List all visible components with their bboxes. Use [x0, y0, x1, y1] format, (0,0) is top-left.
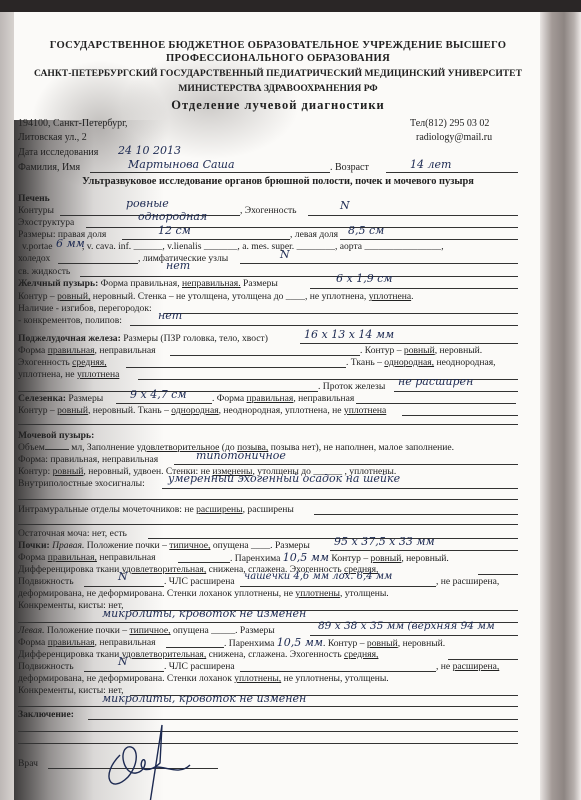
- kidney-left-size-value: 89 x 38 x 35 мм (верхняя 94 мм: [318, 620, 495, 632]
- text: , неправильная: [293, 393, 354, 404]
- kidney-left-mobility-label: Подвижность: [18, 661, 74, 672]
- text: , утолщены.: [340, 588, 389, 599]
- field-line: [240, 671, 436, 672]
- field-line: [170, 355, 360, 356]
- gallbladder-size-value: 6 x 1,9 см: [336, 272, 392, 285]
- text: , неровный.: [401, 553, 448, 564]
- kidney-right-mobility-value: N: [118, 570, 128, 583]
- kidney-right-pcs-tail: , не расширена,: [436, 576, 499, 587]
- field-line: [130, 325, 518, 326]
- field-line: [148, 538, 518, 539]
- kidney-right-parenchyma-row: . Паренхима 10,5 мм Контур – ровный, нер…: [230, 552, 449, 564]
- address-line-2: Литовская ул., 2: [18, 132, 87, 143]
- ministry-name: МИНИСТЕРСТВА ЗДРАВООХРАНЕНИЯ РФ: [18, 83, 538, 94]
- text: , неправильная: [95, 345, 156, 356]
- text: уплотнена, не: [18, 369, 77, 380]
- text: Контур –: [18, 405, 57, 416]
- spleen-heading-row: Селезенка: Размеры: [18, 393, 103, 404]
- text: Интрамуральные отделы мочеточников: не: [18, 504, 196, 515]
- liver-vessels-label: v.portae: [22, 241, 53, 252]
- name-label: Фамилия, Имя: [18, 162, 80, 173]
- text: деформирована, не деформирована. Стенки …: [18, 673, 234, 684]
- selected-option: уплотнены: [295, 588, 340, 599]
- text: .: [411, 291, 413, 302]
- liver-left-lobe-label: , левая доля: [290, 229, 338, 240]
- text: Эхогенность: [18, 357, 72, 368]
- text: Дифференцировка ткани: [18, 564, 122, 575]
- text: Положение почки –: [45, 625, 130, 636]
- selected-option: однородная,: [384, 357, 434, 368]
- liver-echo-value: N: [340, 199, 350, 212]
- text: , неоднородная, уплотнена, не: [219, 405, 344, 416]
- pancreas-size-row: Поджелудочная железа: Размеры (ПЗР голов…: [18, 333, 268, 344]
- field-line: [84, 586, 164, 587]
- field-line: [164, 313, 518, 314]
- selected-option: удовлетворительная,: [122, 649, 207, 660]
- pancreas-compact-row: уплотнена, не уплотнена: [18, 369, 119, 380]
- kidney-left-pcs-tail: , не расширена,: [436, 661, 499, 672]
- selected-option: ровный: [57, 405, 88, 416]
- field-line: [18, 706, 518, 707]
- scan-right-shadow: [540, 12, 581, 800]
- gallbladder-contour-row: Контур – ровный, неровный. Стенка – не у…: [18, 291, 414, 302]
- selected-option: уплотнена: [369, 291, 411, 302]
- kidney-left-deform-row: деформирована, не деформирована. Стенки …: [18, 673, 389, 684]
- selected-option: расширены: [196, 504, 242, 515]
- field-line: [240, 586, 436, 587]
- kidney-right-pcs-label: . ЧЛС расширена: [164, 576, 235, 587]
- text: Положение почки –: [84, 540, 169, 551]
- field-line: [240, 263, 518, 264]
- kidney-left-side: Левая.: [18, 625, 45, 636]
- field-line: [126, 367, 346, 368]
- age-line: [386, 172, 518, 173]
- field-line: [300, 343, 518, 344]
- field-line: [178, 562, 230, 563]
- gallbladder-bends-label: Наличие - изгибов, перегородок:: [18, 303, 152, 314]
- liver-echostructure-value: однородная: [138, 210, 207, 223]
- selected-option: расширена,: [453, 661, 500, 672]
- doctor-signature: [90, 715, 220, 800]
- email: radiology@mail.ru: [416, 132, 492, 143]
- selected-option: однородная: [171, 405, 218, 416]
- kidney-left-pcs-label: . ЧЛС расширена: [164, 661, 235, 672]
- liver-echostructure-label: Эхоструктура: [18, 217, 74, 228]
- field-line: [478, 574, 518, 575]
- kidney-right-position-row: Почки: Правая. Положение почки – типично…: [18, 540, 310, 551]
- kidney-left-diff-row: Дифференцировка ткани удовлетворительная…: [18, 649, 378, 660]
- selected-option: уплотнены,: [234, 673, 281, 684]
- text: не уплотнены, утолщены.: [281, 673, 389, 684]
- text: . Контур –: [360, 345, 404, 356]
- spleen-size-value: 9 x 4,7 см: [130, 388, 186, 401]
- scan-left-edge: [0, 12, 14, 800]
- field-line: [394, 391, 518, 392]
- gallbladder-size-label: Размеры: [241, 278, 278, 289]
- text: Контур –: [18, 291, 57, 302]
- name-value: Мартынова Саша: [128, 158, 235, 171]
- field-line: [340, 239, 518, 240]
- text: снижена, сглажена. Эхогенность: [206, 649, 344, 660]
- gallbladder-stones-value: нет: [158, 309, 182, 322]
- org-line-1: ГОСУДАРСТВЕННОЕ БЮДЖЕТНОЕ ОБРАЗОВАТЕЛЬНО…: [18, 40, 538, 51]
- gallbladder-form-row: Желчный пузырь: Форма правильная, неправ…: [18, 278, 278, 289]
- text: мл, Заполнение: [69, 442, 137, 453]
- age-value: 14 лет: [410, 158, 451, 171]
- selected-option: правильная,: [48, 552, 97, 563]
- pancreas-tissue-row: . Ткань – однородная, неоднородная,: [346, 357, 496, 368]
- text: неровный. Стенка – не утолщена, утолщена…: [90, 291, 368, 302]
- spleen-form-row: . Форма правильная, неправильная: [212, 393, 354, 404]
- bladder-form-value: типотоничное: [196, 449, 286, 462]
- field-line: [116, 403, 212, 404]
- kidney-right-deform-row: деформирована, не деформирована. Стенки …: [18, 588, 389, 599]
- kidneys-heading: Почки:: [18, 540, 50, 551]
- bladder-intramural-row: Интрамуральные отделы мочеточников: не р…: [18, 504, 294, 515]
- gallbladder-form-text: Форма правильная,: [98, 278, 182, 289]
- doctor-label: Врач: [18, 758, 38, 769]
- pancreas-heading: Поджелудочная железа:: [18, 333, 121, 344]
- text: , неровный.: [435, 345, 482, 356]
- kidney-right-calc-value: микролиты, кровоток не изменен: [102, 607, 306, 620]
- spleen-contour-row: Контур – ровный, неровный. Ткань – однор…: [18, 405, 386, 416]
- selected-option: правильная: [48, 637, 95, 648]
- department-title: Отделение лучевой диагностики: [18, 98, 538, 113]
- phone: Тел(812) 295 03 02: [410, 118, 489, 129]
- text: деформирована, не деформирована. Стенки …: [18, 588, 295, 599]
- selected-option: правильная: [247, 393, 294, 404]
- text: . Контур –: [323, 638, 367, 649]
- kidney-left-form-row: Форма правильная, неправильная: [18, 637, 156, 648]
- kidney-right-side: Правая.: [52, 540, 84, 551]
- field-line: [58, 263, 138, 264]
- field-line: [314, 514, 518, 515]
- liver-lymph-value: N: [280, 248, 290, 261]
- field-line: [448, 659, 518, 660]
- gallbladder-form-selected: неправильная.: [182, 278, 241, 289]
- field-line: [84, 671, 164, 672]
- selected-option: уплотнена: [344, 405, 386, 416]
- kidney-left-calc-value: микролиты, кровоток не изменен: [102, 692, 306, 705]
- date-value: 24 10 2013: [118, 144, 181, 157]
- spleen-size-label: Размеры: [66, 393, 103, 404]
- field-line: [310, 288, 518, 289]
- pancreas-size-label: Размеры (ПЗР головка, тело, хвост): [121, 333, 268, 344]
- kidney-right-parenchyma-label: . Паренхима: [230, 553, 280, 564]
- field-line: [18, 424, 518, 425]
- name-line: [90, 172, 330, 173]
- liver-echo-label: , Эхогенность: [240, 205, 297, 216]
- gallbladder-stones-label: - конкрементов, полипов:: [18, 315, 122, 326]
- field-line: [45, 449, 69, 450]
- university-name: САНКТ-ПЕТЕРБУРГСКИЙ ГОСУДАРСТВЕННЫЙ ПЕДИ…: [18, 68, 538, 79]
- liver-heading: Печень: [18, 193, 50, 204]
- selected-option: ровный,: [57, 291, 90, 302]
- selected-option: ровный: [371, 553, 402, 564]
- selected-option: ровный: [367, 638, 398, 649]
- report-content: ГОСУДАРСТВЕННОЕ БЮДЖЕТНОЕ ОБРАЗОВАТЕЛЬНО…: [18, 0, 538, 800]
- selected-option: средняя,: [344, 649, 378, 660]
- selected-option: типичное,: [169, 540, 210, 551]
- pancreas-size-value: 16 x 13 x 14 мм: [304, 328, 394, 341]
- field-line: [18, 524, 518, 525]
- text: Форма: [18, 345, 48, 356]
- text: , не: [436, 661, 453, 672]
- selected-option: ровный: [53, 466, 84, 477]
- selected-option: правильная: [48, 345, 95, 356]
- pancreas-duct-label: . Проток железы: [318, 381, 385, 392]
- liver-contours-value: ровные: [126, 197, 169, 210]
- text: . Ткань –: [346, 357, 384, 368]
- field-line: [122, 239, 290, 240]
- kidney-right-parenchyma-value: 10,5 мм: [283, 551, 329, 564]
- selected-option: уплотнена: [77, 369, 119, 380]
- selected-option: типичное,: [129, 625, 170, 636]
- text: Форма: [18, 552, 48, 563]
- kidney-right-mobility-label: Подвижность: [18, 576, 74, 587]
- spleen-heading: Селезенка:: [18, 393, 66, 404]
- text: Контур –: [329, 553, 371, 564]
- conclusion-label: Заключение:: [18, 709, 74, 720]
- liver-portae-value: 6 мм: [56, 237, 85, 250]
- field-line: [86, 227, 518, 228]
- field-line: [356, 403, 516, 404]
- text: , неровный. Ткань –: [88, 405, 171, 416]
- liver-fluid-value: нет: [166, 259, 190, 272]
- text: , неправильная: [95, 637, 156, 648]
- field-line: [402, 415, 518, 416]
- text: Объем: [18, 442, 45, 453]
- field-line: [310, 635, 518, 636]
- kidney-left-parenchyma-value: 10,5 мм: [277, 636, 323, 649]
- kidney-left-position-row: Левая. Положение почки – типичное, опуще…: [18, 625, 275, 636]
- selected-option: средняя,: [72, 357, 106, 368]
- liver-left-lobe-value: 8,5 см: [348, 224, 384, 237]
- bladder-heading: Мочевой пузырь:: [18, 430, 94, 441]
- liver-vessels-rest: , v. cava. inf. ______, v.lienalis _____…: [82, 241, 444, 252]
- org-line-2: ПРОФЕССИОНАЛЬНОГО ОБРАЗОВАНИЯ: [18, 53, 538, 64]
- text: , расширены: [243, 504, 294, 515]
- text: позыва нет), не наполнен, малое заполнен…: [268, 442, 454, 453]
- date-label: Дата исследования: [18, 147, 98, 158]
- field-line: [308, 215, 518, 216]
- field-line: [330, 550, 518, 551]
- address-line-1: 194100, Санкт-Петербург,: [18, 118, 128, 129]
- text: . Форма: [212, 393, 247, 404]
- field-line: [174, 464, 518, 465]
- field-line: [18, 499, 518, 500]
- text: Форма: [18, 637, 48, 648]
- selected-option: удовлетворительная,: [122, 564, 207, 575]
- text: Контур:: [18, 466, 53, 477]
- text: , неровный.: [398, 638, 445, 649]
- bladder-echo-value: умеренный эхогенный осадок на шейке: [168, 472, 400, 485]
- field-line: [166, 647, 224, 648]
- pancreas-duct-value: не расширен: [398, 375, 473, 388]
- liver-contours-label: Контуры: [18, 205, 54, 216]
- kidney-left-parenchyma-label: . Паренхима: [224, 638, 274, 649]
- bladder-residual-label: Остаточная моча: нет, есть: [18, 528, 127, 539]
- pancreas-echo-row: Эхогенность средняя,: [18, 357, 107, 368]
- liver-choledoch-label: холедох: [18, 253, 50, 264]
- text: неправильная: [97, 552, 156, 563]
- liver-fluid-label: св. жидкость: [18, 266, 70, 277]
- liver-right-lobe-value: 12 см: [158, 224, 191, 237]
- text: Дифференцировка ткани: [18, 649, 122, 660]
- field-line: [80, 276, 518, 277]
- kidney-left-mobility-value: N: [118, 655, 128, 668]
- pancreas-contour-row: . Контур – ровный, неровный.: [360, 345, 482, 356]
- field-line: [162, 488, 518, 489]
- pancreas-form-row: Форма правильная, неправильная: [18, 345, 156, 356]
- kidney-right-pcs-value: чашечки 4,6 мм лох. 6,4 мм: [244, 571, 392, 582]
- gallbladder-heading: Желчный пузырь:: [18, 278, 98, 289]
- kidney-right-form-row: Форма правильная, неправильная: [18, 552, 156, 563]
- selected-option: ровный: [404, 345, 435, 356]
- text: опущена ____. Размеры: [210, 540, 309, 551]
- bladder-echo-label: Внутриполостные эхосигналы:: [18, 478, 145, 489]
- kidney-left-parenchyma-row: . Паренхима 10,5 мм. Контур – ровный, не…: [224, 637, 445, 649]
- text: неоднородная,: [434, 357, 496, 368]
- text: опущена _____. Размеры: [171, 625, 275, 636]
- bladder-form-label: Форма: правильная, неправильная: [18, 454, 158, 465]
- kidney-right-size-value: 95 x 37,5 x 33 мм: [334, 535, 435, 548]
- report-title: Ультразвуковое исследование органов брюш…: [18, 176, 538, 187]
- age-label: . Возраст: [330, 162, 369, 173]
